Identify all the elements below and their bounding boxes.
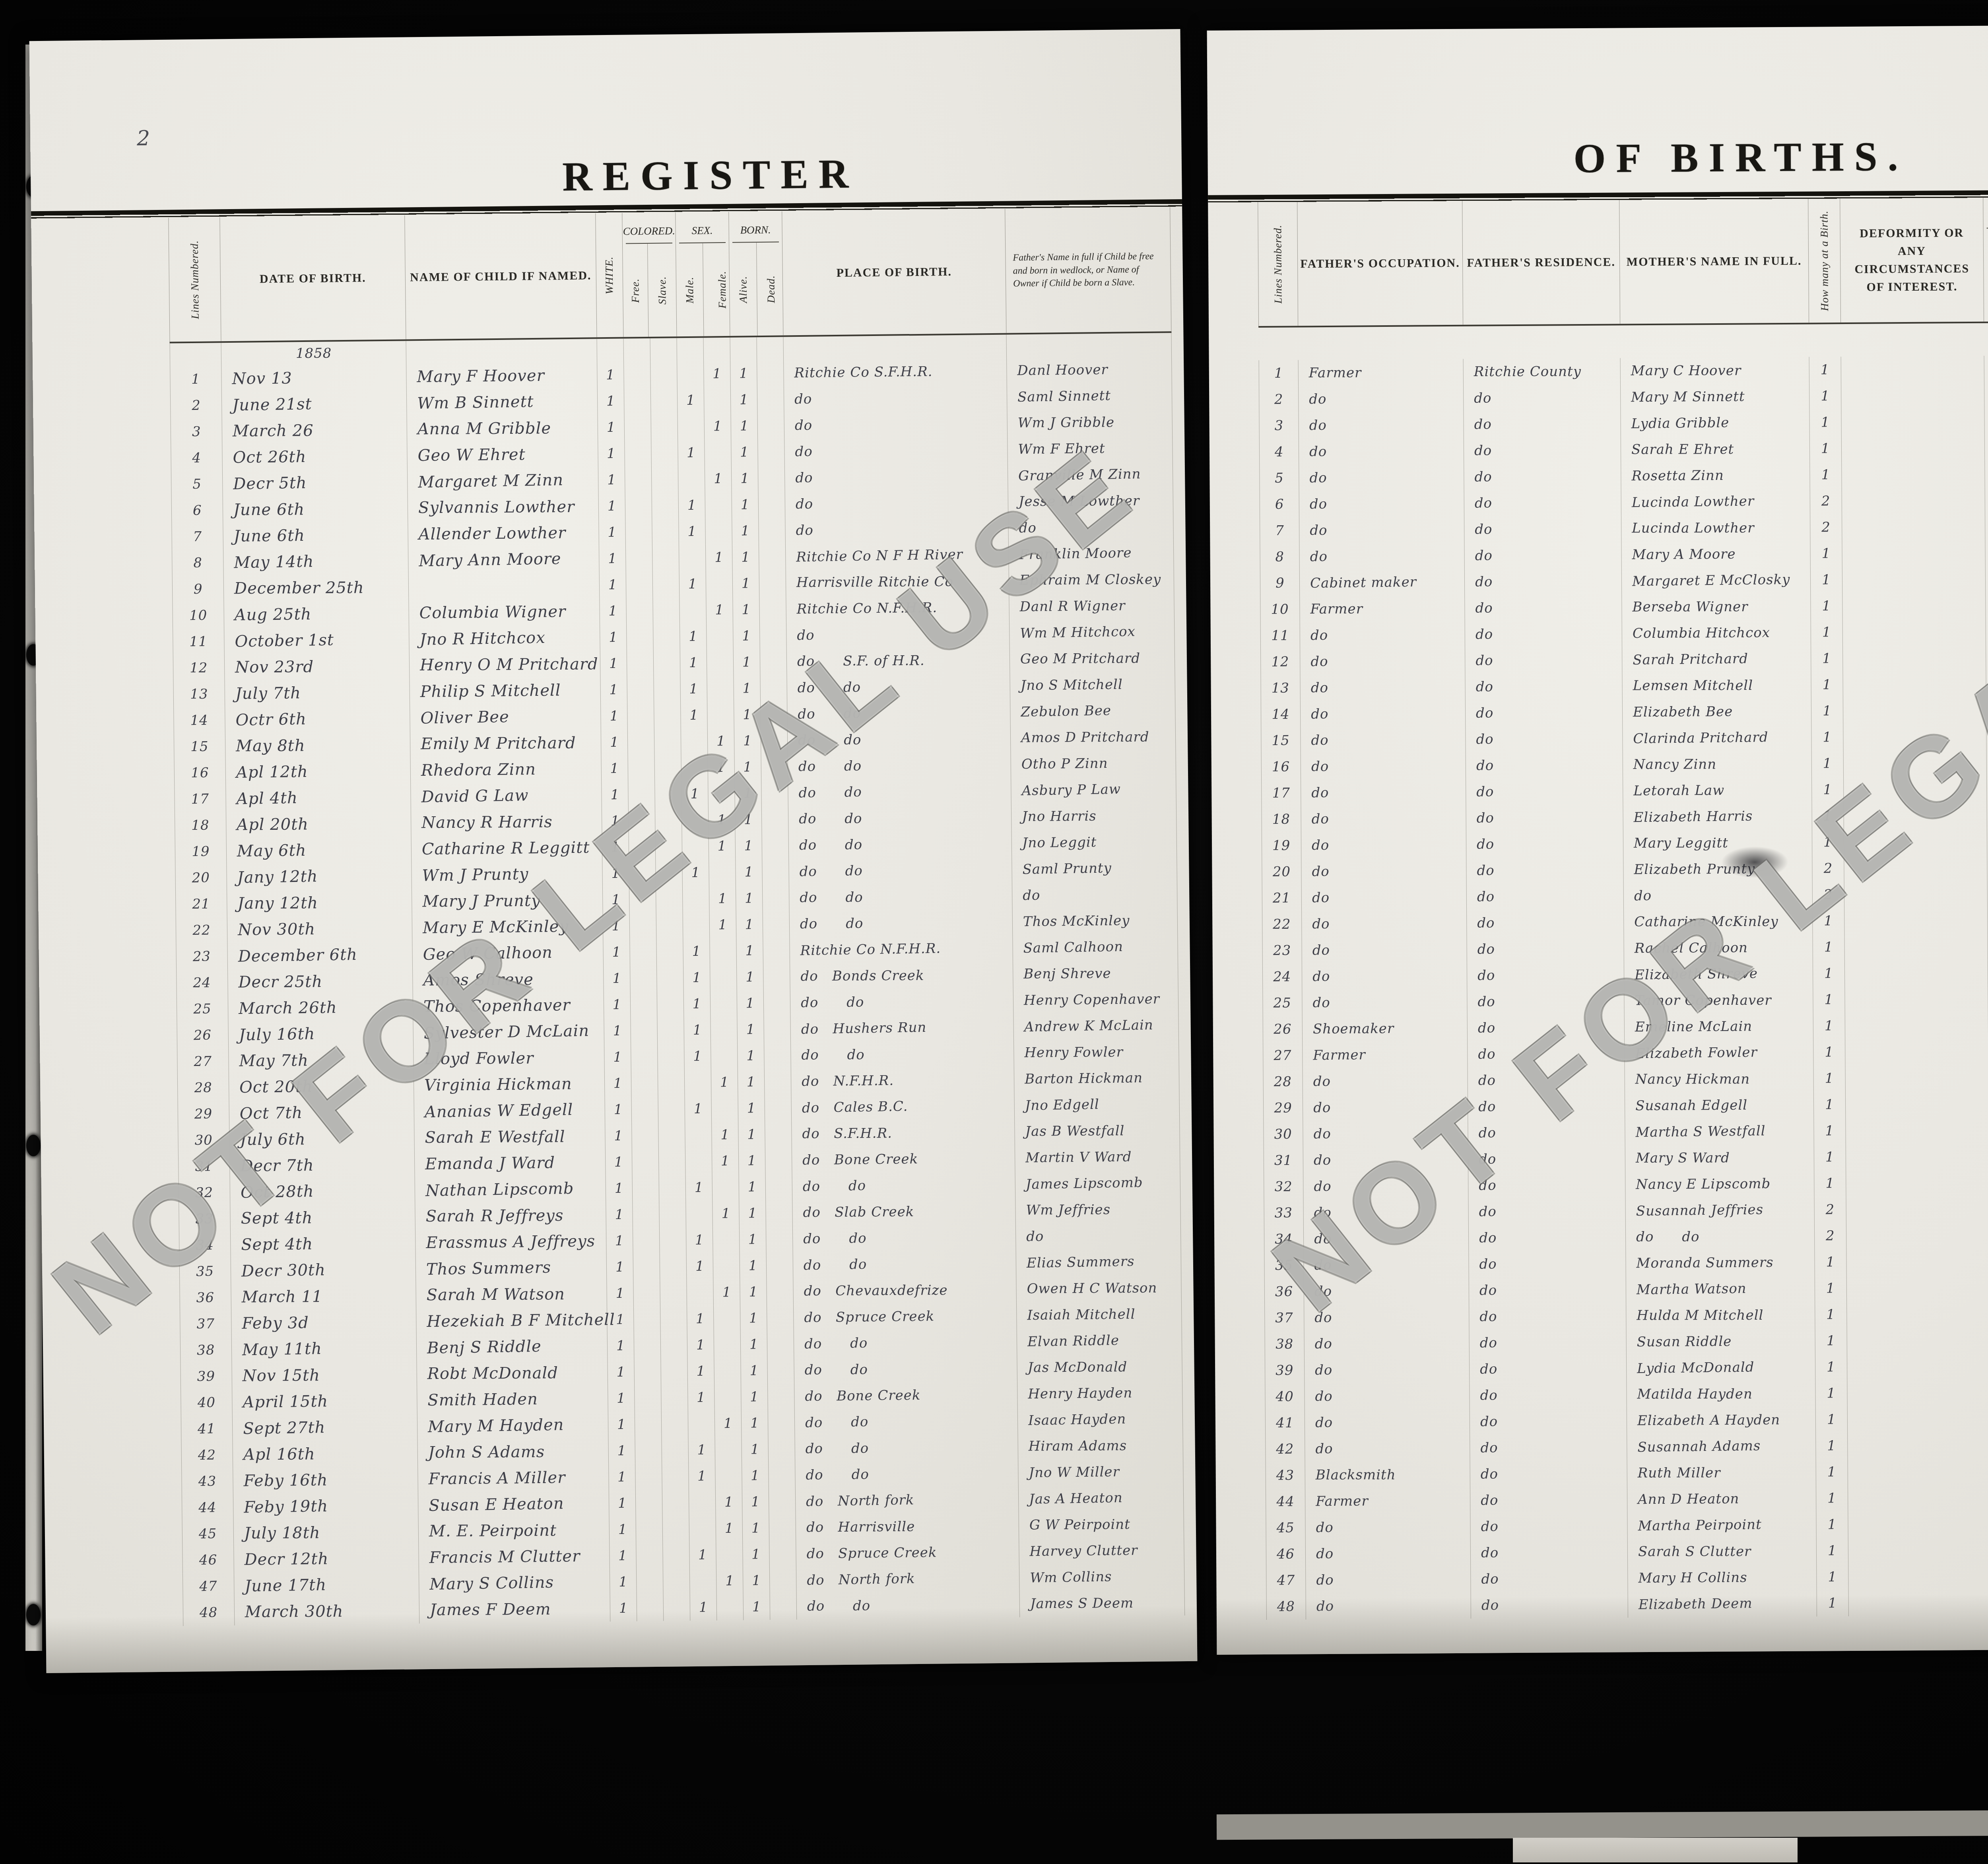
cell-date-of-birth: Jany 12th <box>227 862 412 891</box>
cell-informant-name: Eph McCloskey <box>1986 565 1988 592</box>
cell-female-tick-value: 1 <box>715 602 724 618</box>
cell-father-residence-value: do <box>1477 941 1495 957</box>
cell-line-number: 34 <box>179 1232 231 1258</box>
cell-female-tick-value: 1 <box>723 1415 732 1431</box>
cell-father-occupation: do <box>1306 1566 1471 1594</box>
cell-father-residence: do <box>1468 1066 1625 1093</box>
cell-dead-tick <box>766 1226 793 1252</box>
cell-father-name: Jno W Miller <box>1018 1458 1184 1486</box>
cell-mother-name: Elizabeth Harris <box>1623 803 1812 831</box>
cell-mother-name-value: Mary C Hoover <box>1631 363 1741 379</box>
cell-mother-name: Elizabeth Bee <box>1623 698 1811 726</box>
cell-father-name-value: Jno Leggit <box>1022 834 1097 851</box>
cell-female-tick <box>707 623 734 650</box>
cell-child-name-value: Smith Haden <box>427 1390 538 1410</box>
cell-line-number: 37 <box>1264 1305 1304 1331</box>
cell-white-tick: 1 <box>599 519 626 546</box>
cell-father-occupation: Farmer <box>1299 359 1464 386</box>
cell-mother-name: Rosetta Zinn <box>1621 462 1810 489</box>
cell-child-name-value: Thos Summers <box>426 1258 551 1279</box>
cell-father-name: Wm M Hitchcox <box>1010 618 1175 646</box>
cell-deformity <box>1848 1432 1988 1459</box>
cell-male-tick: 1 <box>682 859 709 886</box>
col-date-of-birth: DATE OF BIRTH. <box>220 215 406 341</box>
cell-father-name-value: Jno Harris <box>1022 808 1097 825</box>
cell-mother-name: do do <box>1626 1223 1815 1250</box>
cell-mother-name-value: Nancy Zinn <box>1633 756 1716 772</box>
cell-alive-tick: 1 <box>744 1594 771 1620</box>
cell-child-name: Benj S Riddle <box>417 1333 608 1361</box>
cell-colored-slave-tick <box>658 1070 685 1096</box>
cell-female-tick-value: 1 <box>724 1520 734 1536</box>
cell-white-tick: 1 <box>600 650 627 677</box>
cell-child-name-value: Wm J Prunty <box>422 865 528 885</box>
cell-white-tick-value: 1 <box>617 1417 626 1433</box>
cell-place-of-birth: do do <box>794 1328 1017 1357</box>
cell-father-occupation-value: Farmer <box>1309 365 1361 381</box>
cell-alive-tick: 1 <box>734 649 761 676</box>
cell-alive-tick: 1 <box>736 885 763 912</box>
cell-father-name-value: do <box>1023 887 1040 903</box>
cell-father-name-value: Jno S Mitchell <box>1020 677 1122 694</box>
cell-white-tick-value: 1 <box>617 1390 626 1406</box>
cell-place-of-birth-value: do <box>794 391 812 408</box>
cell-child-name: Virginia Hickman <box>414 1070 605 1099</box>
cell-father-residence-value: do <box>1478 1099 1496 1115</box>
cell-alive-tick: 1 <box>741 1357 768 1384</box>
cell-father-name-value: Owen H C Watson <box>1027 1280 1157 1297</box>
cell-child-name-value: Virginia Hickman <box>424 1075 572 1095</box>
cell-line-number: 24 <box>176 969 228 996</box>
cell-deformity <box>1841 356 1984 383</box>
cell-colored-free-tick <box>635 1411 662 1438</box>
cell-deformity <box>1846 1222 1988 1249</box>
cell-how-many: 1 <box>1815 1328 1847 1354</box>
cell-how-many-value: 1 <box>1827 1490 1837 1506</box>
cell-father-residence: do <box>1471 1539 1628 1566</box>
cell-male-tick <box>683 912 710 938</box>
cell-white-tick: 1 <box>598 467 625 493</box>
cell-dead-tick <box>768 1383 795 1410</box>
cell-female-tick <box>710 938 737 965</box>
cell-male-tick <box>683 885 710 912</box>
cell-father-occupation-value: Cabinet maker <box>1310 574 1417 591</box>
cell-deformity <box>1844 907 1988 934</box>
cell-dead-tick <box>761 780 788 806</box>
cell-father-occupation-value: do <box>1311 785 1329 801</box>
cell-female-tick <box>711 990 738 1017</box>
cell-male-tick: 1 <box>687 1253 714 1280</box>
cell-date-of-birth: Oct 26th <box>222 443 408 471</box>
cell-colored-free-tick <box>628 781 655 808</box>
cell-father-residence-value: do <box>1474 443 1492 459</box>
cell-female-tick: 1 <box>704 413 731 440</box>
cell-alive-tick: 1 <box>740 1252 767 1279</box>
cell-how-many-value: 2 <box>1826 1202 1835 1217</box>
cell-father-residence-value: do <box>1475 522 1492 538</box>
cell-father-occupation: do <box>1303 1120 1468 1148</box>
cell-mother-name: Tamor Copenhaver <box>1624 987 1813 1014</box>
cell-father-residence-value: do <box>1476 757 1494 773</box>
cell-child-name-value: Oliver Bee <box>420 708 509 728</box>
cell-informant-name: Saml Sinnett <box>1984 381 1988 408</box>
cell-line-number-value: 29 <box>1274 1100 1292 1116</box>
cell-father-name-value: Harvey Clutter <box>1029 1542 1138 1559</box>
cell-male-tick: 1 <box>690 1594 717 1621</box>
cell-father-residence-value: do <box>1475 626 1493 642</box>
right-page-title: OF BIRTHS. <box>1573 133 1852 182</box>
col-group-sources: SOURCES OF INFORMATION. NAME OF PERSON G… <box>1983 196 1988 322</box>
cell-how-many: 1 <box>1816 1511 1848 1538</box>
cell-line-number: 23 <box>1262 937 1302 964</box>
cell-child-name: Catharine R Leggitt <box>412 834 603 862</box>
cell-father-occupation-value: do <box>1316 1572 1334 1588</box>
cell-white-tick: 1 <box>600 572 627 598</box>
cell-dead-tick <box>765 1147 792 1174</box>
cell-child-name: Sarah R Jeffreys <box>415 1202 606 1230</box>
cell-father-residence-value: do <box>1479 1204 1497 1220</box>
cell-colored-slave-tick <box>652 518 679 545</box>
cell-female-tick <box>711 1095 738 1122</box>
cell-line-number-value: 34 <box>1275 1231 1293 1247</box>
cell-line-number-value: 35 <box>1275 1258 1293 1274</box>
cell-deformity <box>1845 1012 1988 1039</box>
cell-father-residence-value: do <box>1481 1597 1499 1614</box>
cell-male-tick-value: 1 <box>691 865 700 881</box>
cell-mother-name-value: Sarah Pritchard <box>1633 651 1748 668</box>
cell-line-number: 22 <box>1262 911 1302 938</box>
cell-mother-name: Mary S Ward <box>1625 1144 1814 1171</box>
cell-father-occupation-value: do <box>1309 444 1327 460</box>
cell-how-many: 1 <box>1817 1538 1848 1564</box>
cell-date-of-birth-value: Feby 16th <box>243 1471 328 1490</box>
cell-male-tick: 1 <box>686 1227 713 1253</box>
cell-mother-name: Mary M Sinnett <box>1621 383 1809 411</box>
cell-father-name-value: Jno W Miller <box>1029 1464 1120 1481</box>
cell-date-of-birth: Oct 28th <box>230 1177 415 1206</box>
cell-female-tick: 1 <box>709 885 736 912</box>
cell-father-occupation-value: Shoemaker <box>1313 1021 1394 1037</box>
cell-child-name-value: Mary E McKinley <box>423 917 569 937</box>
cell-male-tick: 1 <box>679 518 706 545</box>
cell-child-name <box>409 572 600 600</box>
cell-dead-tick <box>769 1462 796 1489</box>
cell-dead-tick <box>761 727 788 754</box>
cell-line-number-value: 9 <box>194 581 203 597</box>
cell-father-occupation: do <box>1305 1356 1470 1384</box>
cell-male-tick <box>682 833 709 860</box>
cell-alive-tick: 1 <box>737 990 764 1017</box>
cell-father-occupation: do <box>1303 1173 1468 1200</box>
cell-child-name-value: James F Deem <box>430 1600 551 1619</box>
cell-mother-name-value: Martha Watson <box>1637 1281 1747 1298</box>
cell-father-residence: do <box>1464 489 1621 516</box>
cell-female-tick-value: 1 <box>717 812 726 828</box>
cell-child-name-value: Mary F Hoover <box>417 367 545 386</box>
cell-mother-name: Sarah Pritchard <box>1622 646 1811 673</box>
cell-father-name-value: Zebulon Bee <box>1021 703 1111 720</box>
cell-father-occupation: do <box>1301 831 1466 859</box>
cell-mother-name-value: Nancy E Lipscomb <box>1636 1176 1771 1192</box>
cell-father-occupation-value: do <box>1310 522 1327 538</box>
cell-deformity <box>1846 1196 1988 1223</box>
cell-child-name-value: Erassmus A Jeffreys <box>426 1232 595 1252</box>
cell-father-residence-value: do <box>1474 416 1492 433</box>
cell-father-residence-value: do <box>1481 1466 1498 1482</box>
cell-father-residence: do <box>1470 1434 1627 1461</box>
cell-father-name-value: Geo M Pritchard <box>1020 650 1140 667</box>
cell-alive-tick: 1 <box>731 439 758 466</box>
cell-mother-name-value: Columbia Hitchcox <box>1633 625 1770 641</box>
col-group-colored: COLORED. Free. Slave. <box>622 212 677 337</box>
cell-colored-free-tick <box>633 1254 660 1280</box>
cell-dead-tick <box>761 701 788 728</box>
cell-how-many: 2 <box>1812 855 1844 882</box>
cell-colored-slave-tick <box>653 623 680 650</box>
cell-how-many-value: 1 <box>1822 650 1831 666</box>
cell-father-name-value: Jas A Heaton <box>1029 1490 1123 1507</box>
cell-father-occupation: do <box>1302 963 1467 990</box>
cell-place-of-birth-value: do do <box>807 1598 871 1614</box>
cell-colored-free-tick <box>625 493 652 519</box>
cell-line-number: 2 <box>170 392 222 419</box>
cell-child-name-value: Geo W Calhoon <box>423 944 553 964</box>
cell-line-number-value: 19 <box>1272 838 1290 854</box>
cell-mother-name: Moranda Summers <box>1626 1249 1815 1276</box>
cell-colored-free-tick <box>624 414 651 441</box>
cell-father <box>1006 333 1172 357</box>
cell-mother-name-value: Mary H Collins <box>1638 1570 1747 1586</box>
cell-father-name-value: Henry Copenhaver <box>1024 991 1160 1009</box>
cell-line-number: 45 <box>182 1520 234 1547</box>
cell-father-occupation-value: do <box>1315 1336 1332 1352</box>
cell-how-many: 1 <box>1817 1590 1849 1616</box>
cell-colored-slave-tick <box>653 571 680 598</box>
cell-father-residence: do <box>1465 673 1622 700</box>
cell-female-tick-value: 1 <box>716 759 726 775</box>
cell-child-name-value: Susan E Heaton <box>429 1494 564 1515</box>
cell-alive-tick: 1 <box>738 1095 765 1122</box>
cell-mother-name-value: Clarinda Pritchard <box>1633 729 1768 747</box>
cell-male-tick-value: 1 <box>694 1180 703 1196</box>
cell-date-of-birth: Jany 12th <box>227 889 412 917</box>
cell-child-name-value: Sarah E Westfall <box>425 1128 565 1147</box>
cell-father-residence: do <box>1466 856 1623 883</box>
cell-father-residence-value: do <box>1476 679 1493 695</box>
cell-colored-slave-tick <box>654 755 681 781</box>
cell-white-tick: 1 <box>607 1307 634 1333</box>
cell-place-of-birth: do do <box>791 1040 1014 1068</box>
cell-female-tick: 1 <box>712 1148 739 1175</box>
cell-dead-tick <box>763 963 790 990</box>
cell-date-of-birth: July 16th <box>228 1020 414 1048</box>
cell-how-many-value: 1 <box>1822 624 1831 640</box>
cell-deformity <box>1847 1301 1988 1328</box>
cell-alive-tick: 1 <box>733 570 760 597</box>
cell-mother-name: Martha S Westfall <box>1625 1118 1814 1145</box>
cell-colored-slave-tick <box>658 1096 685 1122</box>
cell-line-number-value: 6 <box>193 503 202 518</box>
cell-female-tick: 1 <box>709 833 736 860</box>
cell-alive-tick-value: 1 <box>742 654 751 670</box>
cell-colored-free-tick <box>634 1332 661 1359</box>
cell-place-of-birth-value: do do <box>805 1362 868 1378</box>
cell-alive-tick-value: 1 <box>744 838 753 854</box>
cell-alive-tick-value: 1 <box>749 1310 758 1326</box>
cell-how-many-value: 1 <box>1821 362 1830 378</box>
cell-female-tick: 1 <box>716 1515 743 1542</box>
cell-father-name: James S Deem <box>1020 1589 1185 1617</box>
cell-line-number: 19 <box>175 838 227 865</box>
cell-father-occupation: do <box>1304 1251 1469 1279</box>
col-white: WHITE. <box>596 213 623 338</box>
cell-child-name: Erassmus A Jeffreys <box>415 1228 607 1256</box>
cell-how-many-value: 2 <box>1821 519 1831 535</box>
cell-line-number: 2 <box>1259 386 1299 413</box>
cell-place-of-birth: do Harrisville <box>796 1512 1019 1541</box>
cell-father-occupation-value: do <box>1314 1283 1332 1300</box>
cell-line-number-value: 15 <box>1272 732 1290 749</box>
cell-date-of-birth-value: March 11 <box>242 1287 323 1306</box>
cell-dead-tick <box>758 465 785 491</box>
col-how-many-at-birth: How many at a Birth. <box>1808 198 1841 322</box>
cell-father-name: Elvan Riddle <box>1017 1327 1182 1355</box>
cell-father-occupation: do <box>1299 412 1464 439</box>
cell-father-occupation-value: do <box>1311 706 1328 722</box>
cell-child-name: Smith Haden <box>417 1385 608 1414</box>
cell-father-name-value: Jno Edgell <box>1025 1097 1099 1114</box>
cell-father-name-value: Wm Collins <box>1030 1569 1112 1586</box>
cell-line-number-value: 43 <box>198 1474 217 1489</box>
cell-father-occupation-value: do <box>1316 1598 1334 1615</box>
cell-colored-slave-tick <box>660 1280 687 1306</box>
cell-white-tick: 1 <box>600 598 627 625</box>
cell-white-tick-value: 1 <box>617 1469 627 1485</box>
cell-how-many-value: 1 <box>1823 703 1832 719</box>
cell-place-of-birth: do do <box>790 987 1014 1016</box>
cell-place-of-birth: do Bonds Creek <box>790 961 1013 990</box>
cell-mother-name-value: Mary M Sinnett <box>1631 389 1745 406</box>
cell-deformity <box>1846 1091 1988 1118</box>
cell-date-of-birth-value: Oct 7th <box>239 1104 303 1123</box>
cell-date-of-birth-value: Nov 23rd <box>235 658 314 676</box>
cell-father-name: Jno Harris <box>1011 802 1177 830</box>
cell-female-tick: 1 <box>708 728 735 755</box>
cell-colored-free-tick <box>637 1595 664 1621</box>
cell-mother-name: Hulda M Mitchell <box>1626 1301 1815 1329</box>
cell-father-name: Henry Hayden <box>1017 1379 1183 1407</box>
cell-male-tick-value: 1 <box>695 1232 704 1248</box>
col-sex-male: Male. <box>676 243 704 337</box>
cell-father-name: Jno Leggit <box>1012 828 1177 856</box>
cell-colored-free-tick <box>626 545 653 572</box>
cell-how-many: 1 <box>1810 462 1842 488</box>
cell-male-tick: 1 <box>689 1542 716 1568</box>
cell-place-of-birth: do do <box>792 1171 1016 1200</box>
cell-female-tick: 1 <box>709 807 736 833</box>
cell-white-tick-value: 1 <box>612 971 621 986</box>
cell-father-occupation: do <box>1301 858 1466 885</box>
cell-father-occupation: do <box>1303 1068 1468 1095</box>
cell-female-tick: 1 <box>708 754 735 781</box>
cell-alive-tick: 1 <box>731 413 758 439</box>
cell-child-name-value: Sylvannis Lowther <box>418 498 575 517</box>
cell-place-of-birth: do <box>785 515 1009 544</box>
cell-date-of-birth-value: May 8th <box>236 736 305 755</box>
cell-line-number: 31 <box>178 1153 230 1180</box>
cell-how-many-value: 1 <box>1823 808 1833 824</box>
cell-line-number-value: 46 <box>1277 1546 1295 1562</box>
cell-date-of-birth: Decr 12th <box>234 1545 419 1573</box>
cell-dead-tick <box>770 1593 797 1620</box>
cell-male-tick <box>682 807 709 833</box>
cell-how-many: 1 <box>1816 1433 1848 1459</box>
cell-line-number-value: 45 <box>1277 1520 1295 1536</box>
cell-line-number-value: 17 <box>191 791 210 807</box>
cell-male-tick <box>679 597 707 624</box>
cell-line-number: 39 <box>180 1363 232 1390</box>
cell-mother-name-value: Lemsen Mitchell <box>1633 678 1753 694</box>
cell-place <box>783 335 1007 360</box>
cell-father-occupation-value: do <box>1309 417 1327 434</box>
punch-hole <box>26 1604 41 1625</box>
cell-father-name-value: Elvan Riddle <box>1027 1332 1120 1350</box>
cell-date-of-birth-value: July 6th <box>240 1130 305 1149</box>
cell-line-number-value: 35 <box>196 1263 214 1280</box>
cell-date-of-birth-value: Feby 19th <box>244 1497 328 1517</box>
cell-date-of-birth: May 8th <box>225 731 411 759</box>
cell-place-of-birth: do do <box>789 856 1012 885</box>
cell-alive-tick-value: 1 <box>747 1126 756 1142</box>
cell-mother-name: Catharine McKinley <box>1624 908 1813 936</box>
cell-female-tick <box>715 1463 742 1489</box>
cell-white-tick: 1 <box>599 546 626 572</box>
cell-date-of-birth-value: Apl 12th <box>236 763 308 782</box>
cell-how-many: 1 <box>1811 593 1842 619</box>
cell-place-of-birth-value: do Harrisville <box>806 1519 915 1536</box>
cell-tick <box>703 338 730 361</box>
cell-father-occupation: do <box>1305 1435 1470 1462</box>
cell-informant-name: Otho P Zinn <box>1987 748 1988 776</box>
cell-line-number-value: 24 <box>1273 969 1291 985</box>
cell-place-of-birth: do <box>785 489 1009 518</box>
cell-deformity <box>1844 776 1987 803</box>
cell-colored-slave-tick <box>659 1201 686 1227</box>
cell-place-of-birth: do do <box>794 1355 1017 1383</box>
cell-alive-tick: 1 <box>739 1200 766 1227</box>
cell-line-number-value: 19 <box>192 844 210 860</box>
cell-line-number-value: 48 <box>200 1605 218 1621</box>
cell-father-occupation-value: do <box>1312 916 1330 932</box>
cell-place-of-birth-value: do <box>795 444 813 460</box>
cell-father-occupation-value: do <box>1310 496 1328 513</box>
cell-date-of-birth: Sept 4th <box>231 1230 416 1258</box>
cell-mother-name: Letorah Law <box>1623 777 1812 804</box>
cell-date-of-birth: Feby 19th <box>233 1492 419 1520</box>
cell-male-tick-value: 1 <box>696 1363 705 1379</box>
cell-white-tick: 1 <box>603 939 630 966</box>
cell-place-of-birth-value: do do <box>806 1466 869 1483</box>
cell-colored-free-tick <box>630 913 657 939</box>
cell-colored-slave-tick <box>654 650 681 676</box>
cell-white-tick-value: 1 <box>613 1102 623 1118</box>
cell-line-number: 35 <box>1264 1252 1304 1279</box>
cell-father-occupation-value: do <box>1310 627 1328 643</box>
cell-line-number-value: 3 <box>192 424 201 440</box>
cell-white-tick-value: 1 <box>614 1128 623 1144</box>
col-lines-numbered: Lines Numbered. <box>1258 202 1298 326</box>
cell-father-occupation: do <box>1305 1409 1470 1436</box>
